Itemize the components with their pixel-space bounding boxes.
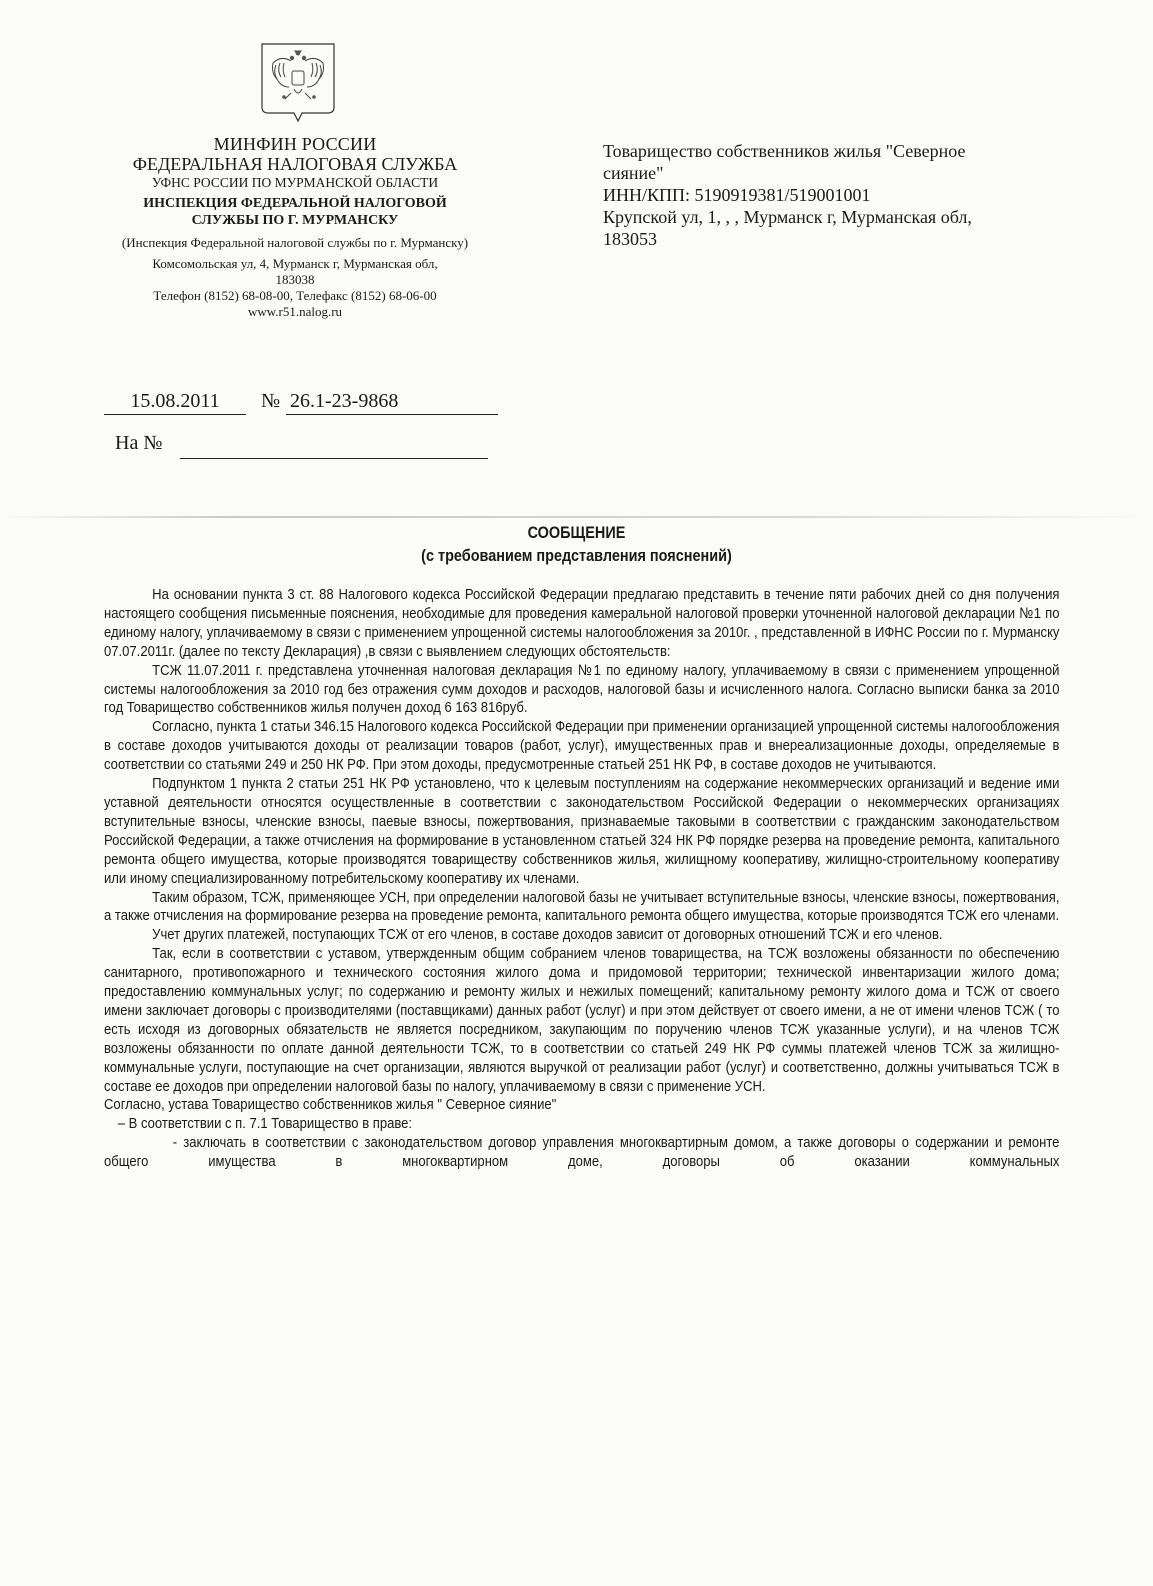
- reply-to-blank: [180, 458, 488, 459]
- recipient-block: Товарищество собственников жилья "Северн…: [603, 140, 1043, 250]
- registration-line: 15.08.2011 № 26.1-23-9868: [104, 390, 494, 420]
- number-label: №: [261, 390, 280, 413]
- document-date: 15.08.2011: [104, 390, 246, 415]
- document-number: 26.1-23-9868: [286, 390, 498, 415]
- paragraph: Подпунктом 1 пункта 2 статьи 251 НК РФ у…: [104, 775, 1059, 888]
- recipient-name-line2: сияние": [603, 162, 1043, 184]
- charter-clause: – В соответствии с п. 7.1 Товарищество в…: [104, 1115, 1059, 1134]
- title-main: СООБЩЕНИЕ: [86, 522, 1066, 544]
- ministry-name: МИНФИН РОССИИ: [110, 134, 480, 154]
- sender-address-line2: 183038: [110, 272, 480, 288]
- reply-to-label: На №: [115, 432, 162, 455]
- paper-fold-line: [0, 516, 1153, 518]
- paragraph: ТСЖ 11.07.2011 г. представлена уточненна…: [104, 662, 1059, 719]
- paragraph: Таким образом, ТСЖ, применяющее УСН, при…: [104, 889, 1059, 927]
- charter-item: - заключать в соответствии с законодател…: [104, 1134, 1059, 1172]
- inspection-paren: (Инспекция Федеральной налоговой службы …: [110, 235, 480, 251]
- paragraph: На основании пункта 3 ст. 88 Налогового …: [104, 586, 1059, 662]
- recipient-address-line2: 183053: [603, 228, 1043, 250]
- recipient-inn-kpp: ИНН/КПП: 5190919381/519001001: [603, 184, 1043, 206]
- paragraph: Согласно, пункта 1 статьи 346.15 Налогов…: [104, 718, 1059, 775]
- regional-office: УФНС РОССИИ ПО МУРМАНСКОЙ ОБЛАСТИ: [110, 174, 480, 191]
- russian-coat-of-arms-icon: [258, 41, 338, 127]
- recipient-name-line1: Товарищество собственников жилья "Северн…: [603, 140, 1043, 162]
- paragraph: Так, если в соответствии с уставом, утве…: [104, 945, 1059, 1096]
- sender-phones: Телефон (8152) 68-08-00, Телефакс (8152)…: [110, 288, 480, 304]
- paragraph: Учет других платежей, поступающих ТСЖ от…: [104, 926, 1059, 945]
- sender-header: МИНФИН РОССИИ ФЕДЕРАЛЬНАЯ НАЛОГОВАЯ СЛУЖ…: [110, 134, 480, 320]
- sender-address-line1: Комсомольская ул, 4, Мурманск г, Мурманс…: [110, 256, 480, 272]
- sender-website: www.r51.nalog.ru: [110, 304, 480, 320]
- document-body: На основании пункта 3 ст. 88 Налогового …: [104, 586, 1060, 1172]
- document-title: СООБЩЕНИЕ (с требованием представления п…: [0, 522, 1153, 568]
- reply-to-line: На №: [115, 432, 495, 462]
- inspection-name: ИНСПЕКЦИЯ ФЕДЕРАЛЬНОЙ НАЛОГОВОЙ СЛУЖБЫ П…: [110, 195, 480, 229]
- service-name: ФЕДЕРАЛЬНАЯ НАЛОГОВАЯ СЛУЖБА: [110, 154, 480, 174]
- recipient-address-line1: Крупской ул, 1, , , Мурманск г, Мурманск…: [603, 206, 1043, 228]
- charter-intro: Согласно, устава Товарищество собственни…: [104, 1096, 1059, 1115]
- title-subtitle: (с требованием представления пояснений): [86, 544, 1066, 568]
